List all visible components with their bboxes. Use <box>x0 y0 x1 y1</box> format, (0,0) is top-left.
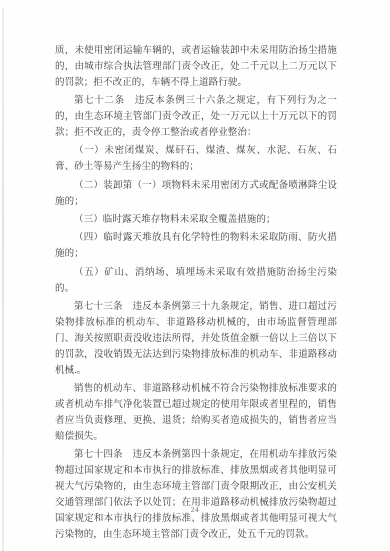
scanned-document-page: 质，未使用密闭运输车辆的，或者运输装卸中未采用防治扬尘措施的，由城市综合执法管理… <box>0 0 390 551</box>
paragraph-article-73-clause-2: 销售的机动车、非道路移动机械不符合污染物排放标准要求的或者机动车排气净化装置已超… <box>55 382 337 446</box>
paragraph-article-74: 第七十四条 违反本条例第四十条规定，在用机动车排放污染物超过国家规定和本市执行的… <box>55 448 337 543</box>
scan-edge-artifact <box>2 8 4 551</box>
paragraph-article-72: 第七十二条 违反本条例三十六条之规定，有下列行为之一的，由生态环境主管部门责令改… <box>55 94 337 142</box>
paragraph-article-73: 第七十三条 违反本条例第三十九条规定，销售、进口超过污染物排放标准的机动车、非道… <box>55 300 337 380</box>
list-item-2: （二）装卸第（一）项物料未采用密闭方式或配备喷淋降尘设施的； <box>55 179 337 211</box>
document-body: 质，未使用密闭运输车辆的，或者运输装卸中未采用防治扬尘措施的，由城市综合执法管理… <box>55 44 337 546</box>
list-item-5: （五）矿山、消纳场、填埋场未采取有效措施防治扬尘污染的。 <box>55 266 337 298</box>
list-item-1: （一）未密闭煤炭、煤矸石、煤渣、煤灰、水泥、石灰、石膏、砂土等易产生扬尘的物料的… <box>55 144 337 176</box>
list-item-4: （四）临时露天堆放具有化学特性的物料未采取防雨、防火措施的； <box>55 231 337 263</box>
page-number: 24 <box>0 505 390 514</box>
paragraph-continuation: 质，未使用密闭运输车辆的，或者运输装卸中未采用防治扬尘措施的，由城市综合执法管理… <box>55 44 337 92</box>
list-item-3: （三）临时露天堆存物料未采取全覆盖措施的； <box>55 213 337 229</box>
